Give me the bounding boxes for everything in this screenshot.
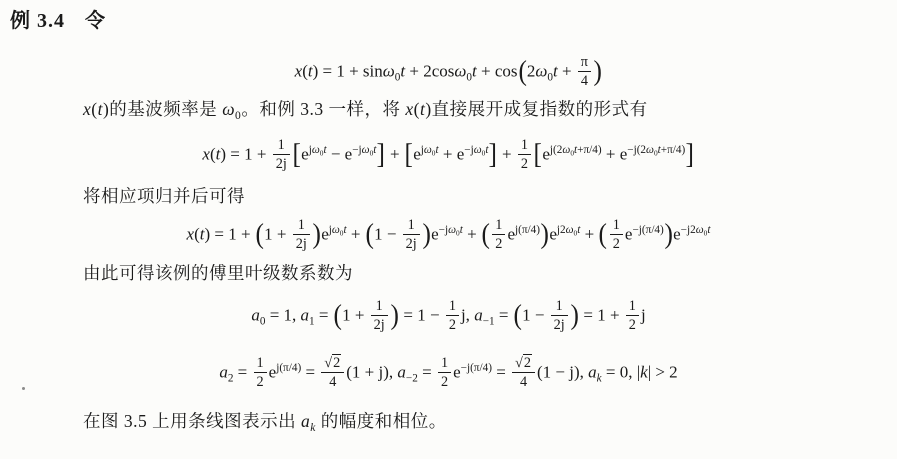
equation-collected-terms: x(t) = 1 + (1 + 12j)ejω0t + (1 − 12j)e−j… bbox=[0, 218, 897, 253]
equation-complex-exponential-expansion: x(t) = 1 + 12j[ejω0t − e−jω0t] + [ejω0t … bbox=[0, 138, 897, 173]
equation-signal-definition: x(t) = 1 + sinω0t + 2cosω0t + cos(2ω0t +… bbox=[0, 55, 897, 90]
example-number: 例 3.4 bbox=[10, 10, 65, 32]
equation-coefficients-a2-ak: a2 = 12ej(π/4) = √24(1 + j), a−2 = 12e−j… bbox=[0, 356, 897, 391]
paragraph-fundamental-frequency: x(t)的基波频率是 ω0。和例 3.3 一样，将 x(t)直接展开成复指数的形… bbox=[83, 97, 887, 121]
paragraph-fourier-coefficients-intro: 由此可得该例的傅里叶级数系数为 bbox=[83, 261, 887, 285]
paragraph-figure-reference: 在图 3.5 上用条线图表示出 ak 的幅度和相位。 bbox=[83, 409, 887, 433]
textbook-page: 例 3.4令 x(t) = 1 + sinω0t + 2cosω0t + cos… bbox=[0, 0, 897, 459]
scan-artifact-dot bbox=[22, 387, 25, 390]
example-heading: 例 3.4令 bbox=[10, 8, 106, 34]
equation-coefficients-a0-a1: a0 = 1, a1 = (1 + 12j) = 1 − 12j, a−1 = … bbox=[0, 299, 897, 334]
example-intro-word: 令 bbox=[85, 10, 106, 32]
paragraph-combine-terms: 将相应项归并后可得 bbox=[83, 184, 887, 208]
